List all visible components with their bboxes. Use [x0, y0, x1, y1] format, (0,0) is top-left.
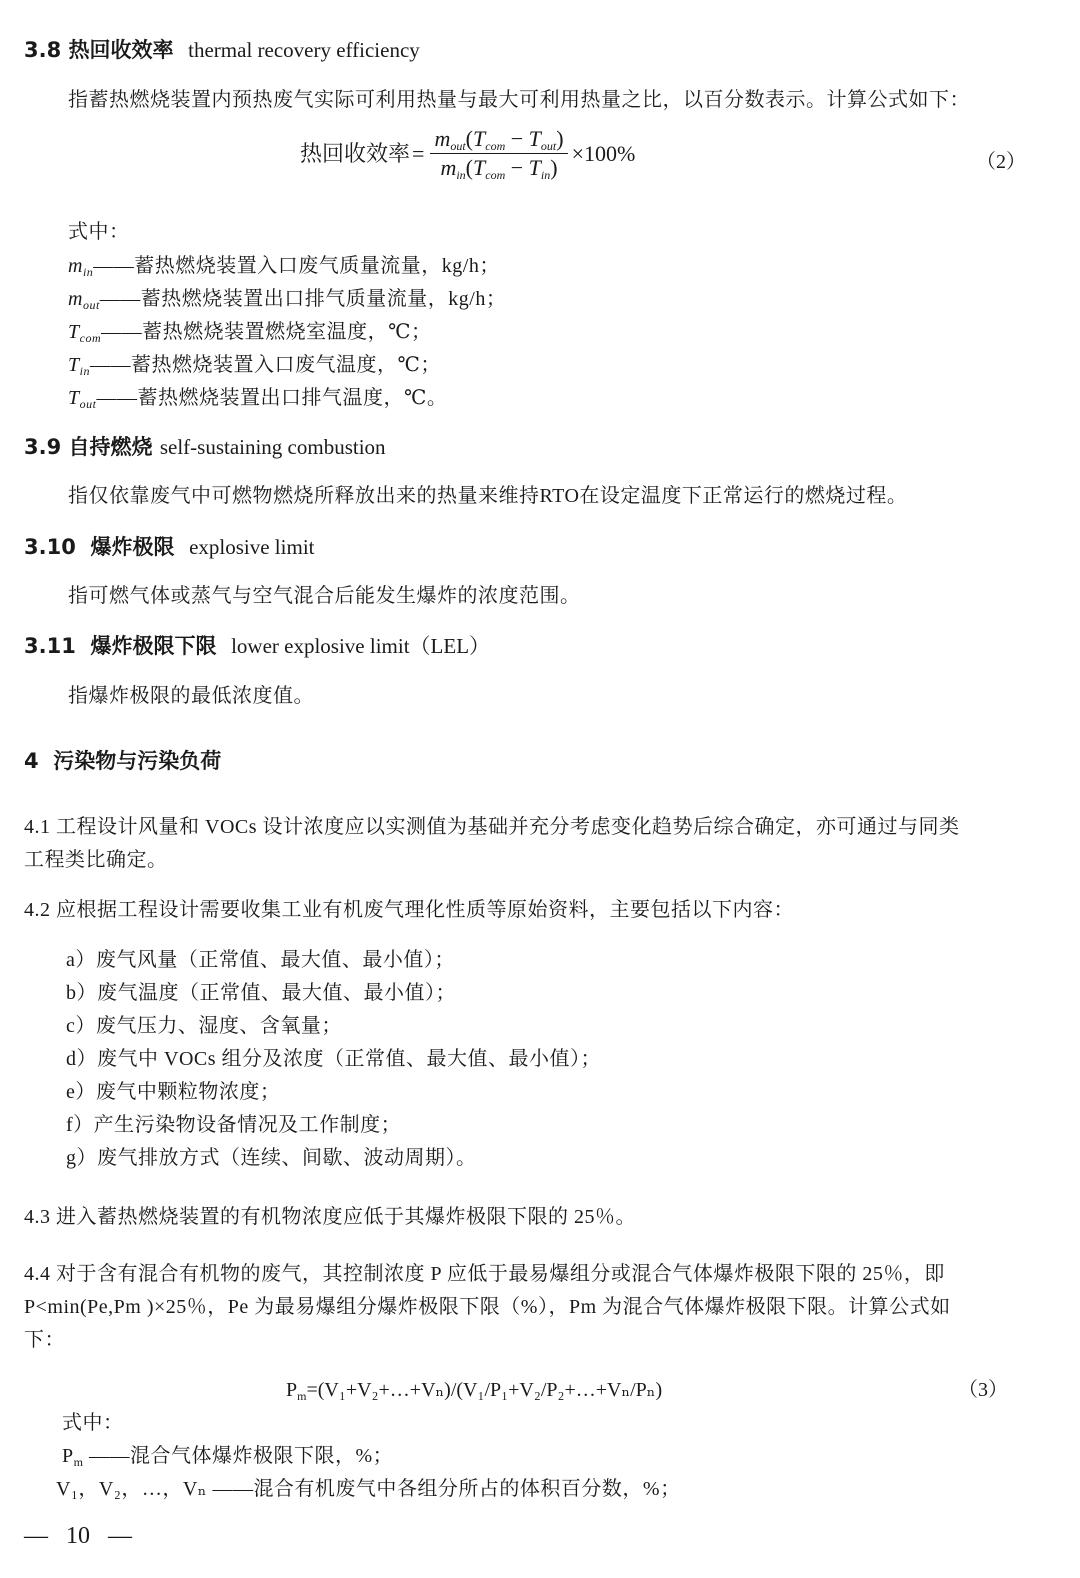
list-item-g: g）废气排放方式（连续、间歇、波动周期）。 [66, 1148, 477, 1168]
formula-times-100: ×100% [572, 143, 636, 165]
section-number: 3.8 [24, 38, 61, 62]
page-number-value: 10 [66, 1523, 90, 1549]
clause-4-3: 4.3 进入蓄热燃烧装置的有机物浓度应低于其爆炸极限下限的 25％。 [24, 1207, 636, 1227]
page-number: — 10 — [24, 1524, 132, 1548]
formula-denominator: min(Tcom − Tin) [436, 157, 561, 179]
section-title-zh: 热回收效率 [69, 38, 174, 62]
formula-2: 热回收效率 = mout(Tcom − Tout) min(Tcom − Tin… [300, 128, 635, 179]
def-v-components: V₁，V₂，…，Vₙ ——混合有机废气中各组分所占的体积百分数，%； [56, 1479, 681, 1499]
section-3-9-heading: 3.9 自持燃烧 self-sustaining combustion [24, 437, 386, 458]
clause-4-4-line1: 4.4 对于含有混合有机物的废气，其控制浓度 P 应低于最易爆组分或混合气体爆炸… [24, 1264, 945, 1284]
list-item-a: a）废气风量（正常值、最大值、最小值）； [66, 950, 455, 970]
section-3-10-heading: 3.10 爆炸极限 explosive limit [24, 537, 314, 558]
section-3-11-body: 指爆炸极限的最低浓度值。 [68, 686, 314, 706]
section-3-8-heading: 3.8 热回收效率 thermal recovery efficiency [24, 40, 420, 61]
chapter-4-heading: 4 污染物与污染负荷 [24, 751, 221, 772]
list-item-e: e）废气中颗粒物浓度； [66, 1082, 280, 1102]
formula-3: Pm=(V₁+V₂+…+Vₙ)/(V₁/P₁+V₂/P₂+…+Vₙ/Pₙ) [286, 1380, 662, 1400]
list-item-d: d）废气中 VOCs 组分及浓度（正常值、最大值、最小值）； [66, 1049, 601, 1069]
formula-3-label: （3） [958, 1380, 1008, 1400]
clause-4-1-line2: 工程类比确定。 [24, 850, 168, 870]
formula-2-label: （2） [976, 152, 1026, 172]
clause-4-2-intro: 4.2 应根据工程设计需要收集工业有机废气理化性质等原始资料，主要包括以下内容： [24, 900, 794, 920]
fraction-bar [430, 153, 567, 154]
section-3-8-body: 指蓄热燃烧装置内预热废气实际可利用热量与最大可利用热量之比，以百分数表示。计算公… [68, 90, 970, 110]
def-p-m: Pm ——混合气体爆炸极限下限，%； [62, 1446, 393, 1466]
formula-lhs: 热回收效率 [300, 143, 410, 165]
def-m-in: min——蓄热燃烧装置入口废气质量流量，kg/h； [68, 256, 500, 276]
page-dash-left: — [24, 1523, 48, 1549]
formula-numerator: mout(Tcom − Tout) [430, 128, 567, 150]
def-t-in: Tin——蓄热燃烧装置入口废气温度，℃； [68, 355, 441, 375]
where-label-1: 式中： [68, 222, 130, 242]
section-3-11-heading: 3.11 爆炸极限下限 lower explosive limit（LEL） [24, 636, 490, 657]
clause-4-1-line1: 4.1 工程设计风量和 VOCs 设计浓度应以实测值为基础并充分考虑变化趋势后综… [24, 817, 960, 837]
formula-fraction: mout(Tcom − Tout) min(Tcom − Tin) [430, 128, 567, 179]
section-3-9-body: 指仅依靠废气中可燃物燃烧所释放出来的热量来维持RTO在设定温度下正常运行的燃烧过… [68, 486, 907, 506]
list-item-c: c）废气压力、湿度、含氧量； [66, 1016, 342, 1036]
page-dash-right: — [108, 1523, 132, 1549]
where-label-2: 式中： [62, 1413, 124, 1433]
section-3-10-body: 指可燃气体或蒸气与空气混合后能发生爆炸的浓度范围。 [68, 586, 581, 606]
section-title-en: thermal recovery efficiency [188, 38, 420, 62]
def-t-out: Tout——蓄热燃烧装置出口排气温度，℃。 [68, 388, 447, 408]
list-item-b: b）废气温度（正常值、最大值、最小值）； [66, 983, 456, 1003]
def-t-com: Tcom——蓄热燃烧装置燃烧室温度，℃； [68, 322, 432, 342]
clause-4-4-line3: 下： [24, 1330, 65, 1350]
def-m-out: mout——蓄热燃烧装置出口排气质量流量，kg/h； [68, 289, 506, 309]
clause-4-4-line2: P<min(Pe,Pm )×25％，Pe 为最易爆组分爆炸极限下限（%），Pm … [24, 1297, 951, 1317]
formula-equals: = [412, 143, 424, 165]
list-item-f: f）产生污染物设备情况及工作制度； [66, 1115, 401, 1135]
